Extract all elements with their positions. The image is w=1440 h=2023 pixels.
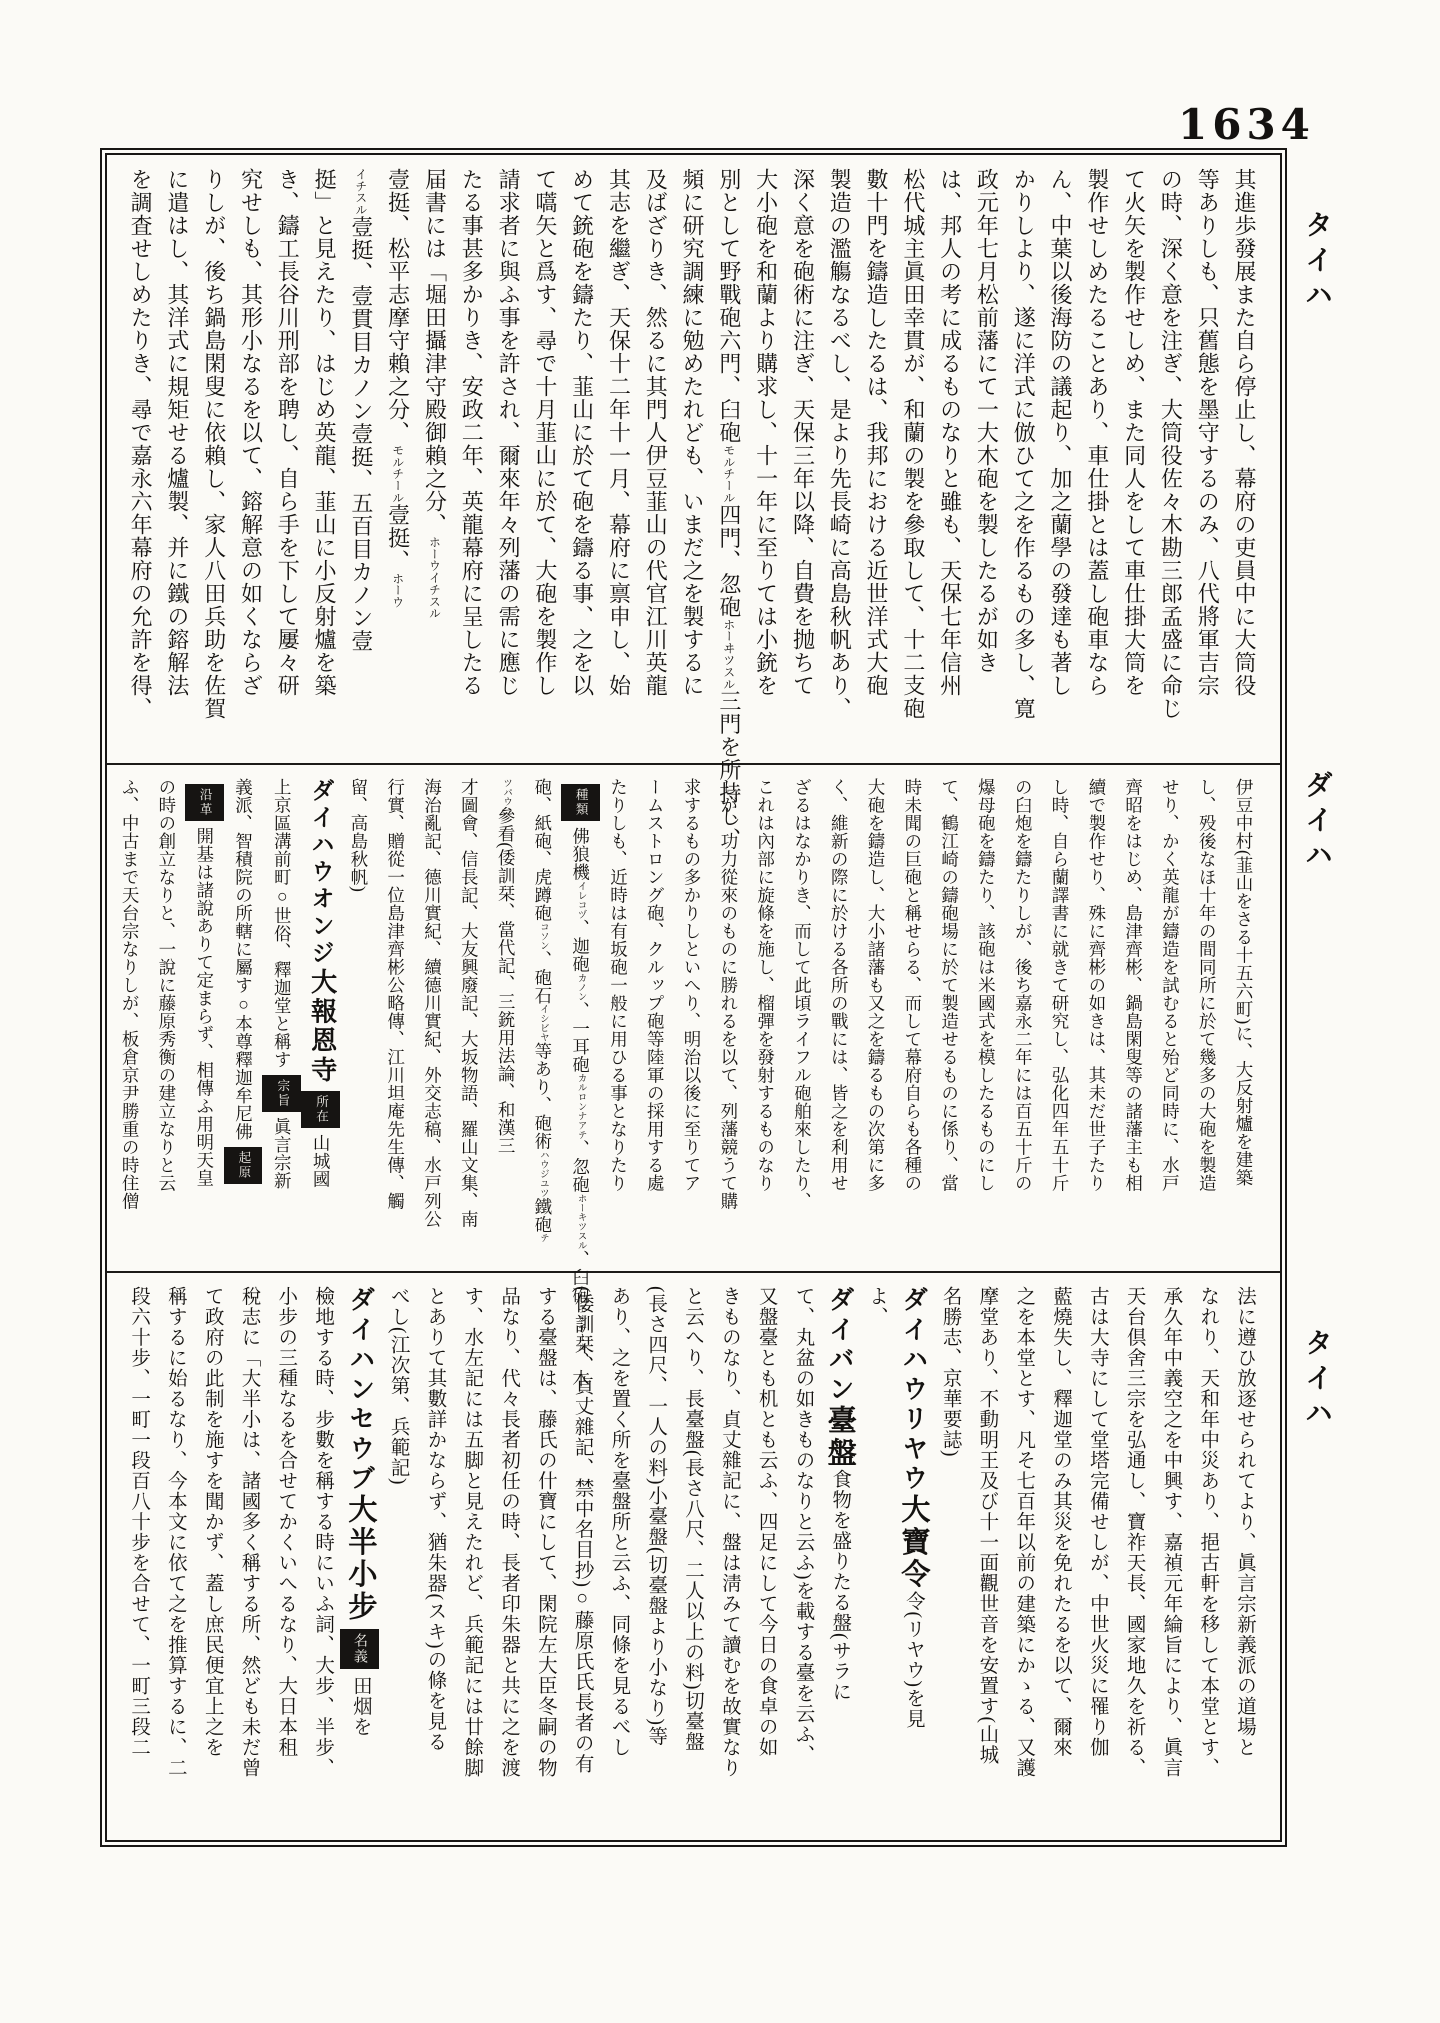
text-run: 其志を繼ぎ、天保十二年十一月、幕府に禀申し、始 xyxy=(606,168,631,697)
column-text: と云へり、長臺盤(長さ八尺、二人以上の料)切臺盤 xyxy=(682,1286,703,1752)
kana-gloss: テ xyxy=(538,1233,548,1242)
text-run: 參看(倭訓栞、當代記、三銃用法論、和漢三 xyxy=(496,806,516,1154)
text-run: ざるはなかりき、而して此頃ライフル砲舶來したり、 xyxy=(792,778,812,1210)
column-text: かりしより、遂に洋式に倣ひて之を作るもの多し、寛 xyxy=(1011,168,1036,720)
column-text: 品なり、代々長者初任の時、長者印朱器と共に之を渡 xyxy=(498,1286,519,1778)
text-run: て火矢を製作せしめ、また同人をして車仕掛大筒を xyxy=(1122,168,1147,697)
text-run: なれり、天和年中災あり、挹古軒を移して本堂とす、 xyxy=(1197,1286,1218,1778)
text-column: て政府の此制を施すを聞かず、蓋し庶民便宜上之を xyxy=(193,1286,230,1840)
kana-gloss: カノン xyxy=(576,973,586,1001)
column-text: き、鑄工長谷川刑部を聘し、自ら手を下して屢々研 xyxy=(275,168,300,697)
column-text: 等ありしも、只舊態を墨守するのみ、八代將軍吉宗 xyxy=(1195,168,1220,697)
text-run: 政元年七月松前藩にて一大木砲を製したるが如き xyxy=(974,168,999,674)
page-number: 1634 xyxy=(1178,100,1315,149)
column-text: 留、高島秋帆) xyxy=(349,778,369,892)
text-column: ふ、中古まで天台宗なりしが、板倉京尹勝重の時住僧 xyxy=(111,778,148,1271)
kana-gloss: ツパウ xyxy=(501,778,511,806)
column-text: 松代城主眞田幸貫が、和蘭の製を參取して、十二支砲 xyxy=(901,168,926,720)
text-run: 砲、紙砲、虎蹲砲 xyxy=(533,778,553,922)
text-column: 等ありしも、只舊態を墨守するのみ、八代將軍吉宗 xyxy=(1188,168,1225,763)
column-text: 壹挺、松平志摩守賴之分、モルチール壹挺、ホーウ xyxy=(386,168,411,608)
text-column: しが、功力從來のものに勝れるを以て、列藩競うて購 xyxy=(710,778,747,1271)
text-column: て、丸盆の如きものなりと云ふ)を載する臺を云ふ、 xyxy=(784,1286,821,1840)
text-run: とありて其數詳かならず、猶朱器(スキ)の條を見る xyxy=(424,1286,445,1752)
text-column: ツパウ參看(倭訓栞、當代記、三銃用法論、和漢三 xyxy=(487,778,524,1271)
column-text: す、水左記には五脚と見えたれど、兵範記には廿餘脚 xyxy=(461,1286,482,1778)
text-column: と云へり、長臺盤(長さ八尺、二人以上の料)切臺盤 xyxy=(673,1286,710,1840)
headword-kanji: 臺盤 xyxy=(823,1405,855,1470)
headword-kana: ダイハウオンジ xyxy=(308,778,334,968)
text-run: し、殁後なほ十年の間同所に於て幾多の大砲を製造 xyxy=(1197,778,1217,1192)
text-run: 行實、贈從一位島津齊彬公略傳、江川坦庵先生傳、觸 xyxy=(386,778,406,1210)
headword-kana: ダイハンセウブ xyxy=(346,1286,375,1494)
text-column: あり、之を置く所を臺盤所と云ふ、同條を見るべし xyxy=(600,1286,637,1840)
column-text: の臼炮を鑄たりしが、後ち嘉永二年には百五十斤の xyxy=(1013,778,1033,1192)
text-column: 稅志に「大半小は、諸國多く稱する所、然ども未だ曾 xyxy=(230,1286,267,1840)
column-text: せり、かく英龍が鑄造を試むると殆ど同時に、水戸 xyxy=(1160,778,1180,1192)
text-column: 才圖會、信長記、大友興廢記、大坂物語、羅山文集、南 xyxy=(450,778,487,1271)
column-text: 大砲を鑄造し、大小諸藩も又之を鑄るもの次第に多 xyxy=(866,778,886,1192)
text-run: しが、功力從來のものに勝れるを以て、列藩競うて購 xyxy=(719,778,739,1210)
column-text: 藍燒失し、釋迦堂のみ其災を免れたるを以て、爾來 xyxy=(1050,1286,1071,1758)
text-column: 小步の三種なるを合せてかくいへるなり、大日本租 xyxy=(266,1286,303,1840)
text-run: 承久年中義空之を中興す、嘉禎元年綸旨により、眞言 xyxy=(1160,1286,1181,1778)
text-run: 、忽砲 xyxy=(571,1140,591,1194)
text-run: 壹挺、 xyxy=(386,503,411,572)
column-text: りしが、後ち鍋島閑叟に依賴し、家人八田兵助を佐賀 xyxy=(202,168,227,720)
text-column: は、邦人の考に成るものなりと雖も、天保七年信州 xyxy=(931,168,968,763)
text-run: を調査せしめたりき、尋で嘉永六年幕府の允許を得、 xyxy=(128,168,153,720)
text-run: て嚆矢と爲す、尋で十月韮山に於て、大砲を製作し xyxy=(533,168,558,697)
text-column: 行實、贈從一位島津齊彬公略傳、江川坦庵先生傳、觸 xyxy=(377,778,414,1271)
text-run: 山城國 xyxy=(311,1134,331,1188)
text-run: 齊昭をはじめ、島津齊彬、鍋島閑叟等の諸藩主も相 xyxy=(1124,778,1144,1192)
column-text: 及ばざりき、然るに其門人伊豆韮山の代官江川英龍 xyxy=(643,168,668,697)
text-column: りしが、後ち鍋島閑叟に依賴し、家人八田兵助を佐賀 xyxy=(195,168,232,763)
text-run: は、邦人の考に成るものなりと雖も、天保七年信州 xyxy=(938,168,963,697)
text-column: これは內部に旋條を施し、榴彈を發射するものなり xyxy=(747,778,784,1271)
column-text: 之を本堂とす、凡そ七百年以前の建築にかゝる、又護 xyxy=(1013,1286,1034,1778)
text-run: 究せしも、其形小なるを以て、鎔解意の如くならざ xyxy=(238,168,263,697)
text-column: 壹挺、松平志摩守賴之分、モルチール壹挺、ホーウ xyxy=(379,168,416,763)
text-run: 段六十步、一町一段百八十步を合せて、一町三段二 xyxy=(128,1286,149,1758)
text-run: 開基は諸說ありて定まらず、相傳ふ用明天皇 xyxy=(195,827,215,1187)
text-run: 深く意を砲術に注ぎ、天保三年以降、自費を抛ちて xyxy=(790,168,815,697)
column-text: 名勝志、京華要誌) xyxy=(940,1286,961,1458)
text-run: く、維新の際に於ける各所の戰には、皆之を利用せ xyxy=(829,778,849,1192)
margin-guide-label-middle: ダイハ xyxy=(1296,770,1336,875)
text-column: 稱するに始るなり、今本文に依て之を推算するに、二 xyxy=(156,1286,193,1840)
column-text: なれり、天和年中災あり、挹古軒を移して本堂とす、 xyxy=(1197,1286,1218,1778)
column-text: 小步の三種なるを合せてかくいへるなり、大日本租 xyxy=(275,1286,296,1758)
column-text: きものなり、貞丈雜記に、盤は淸みて讀むを故實なり xyxy=(719,1286,740,1778)
column-text: 爆母砲を鑄たり、該砲は米國式を模したるものにし xyxy=(976,778,996,1192)
kana-gloss: モルチール xyxy=(391,444,405,503)
column-text: 頻に研究調練に勉めたれども、いまだ之を製するに xyxy=(680,168,705,697)
category-box: 沿革 xyxy=(185,784,224,821)
column-text: 食物を盛りたる盤(サラに xyxy=(829,1469,850,1702)
column-text: する臺盤は、藤氏の什寶にして、閑院左大臣冬嗣の物 xyxy=(535,1286,556,1778)
text-column: 藍燒失し、釋迦堂のみ其災を免れたるを以て、爾來 xyxy=(1041,1286,1078,1840)
column-text: 數十門を鑄造したるは、我邦における近世洋式大砲 xyxy=(864,168,889,697)
text-column: 海治亂記、德川實紀、續德川實紀、外交志稿、水戸列公 xyxy=(414,778,451,1271)
text-column: 檢地する時、步數を稱する時にいふ詞、大步、半步、 xyxy=(303,1286,340,1840)
text-column: 摩堂あり、不動明王及び十一面觀世音を安置す(山城 xyxy=(968,1286,1005,1840)
column-text: し、殁後なほ十年の間同所に於て幾多の大砲を製造 xyxy=(1197,778,1217,1192)
text-run: 爆母砲を鑄たり、該砲は米國式を模したるものにし xyxy=(976,778,996,1192)
text-column: 及ばざりき、然るに其門人伊豆韮山の代官江川英龍 xyxy=(636,168,673,763)
text-run: 鐵砲 xyxy=(533,1197,553,1233)
text-run: て政府の此制を施すを聞かず、蓋し庶民便宜上之を xyxy=(202,1286,223,1758)
column-text: 所在山城國 xyxy=(311,1085,331,1188)
column-text: 沿革開基は諸說ありて定まらず、相傳ふ用明天皇 xyxy=(195,778,215,1187)
column-text: て、鶴江崎の鑄砲場に於て製造せるものに係り、當 xyxy=(940,778,960,1192)
entry-headword-column: ダイハウリヤウ大寶令令(リヤウ)を見 xyxy=(894,1286,931,1840)
text-column: 續で製作せり、殊に齊彬の如きは、其未だ世子たり xyxy=(1078,778,1115,1271)
text-run: りしが、後ち鍋島閑叟に依賴し、家人八田兵助を佐賀 xyxy=(202,168,227,720)
text-run: 才圖會、信長記、大友興廢記、大坂物語、羅山文集、南 xyxy=(459,778,479,1228)
text-column: する臺盤は、藤氏の什寶にして、閑院左大臣冬嗣の物 xyxy=(526,1286,563,1840)
text-column: 求するもの多かりしといへり、明治以後に至りてア xyxy=(673,778,710,1271)
text-column: の時、深く意を注ぎ、大筒役佐々木勘三郎孟盛に命じ xyxy=(1152,168,1189,763)
text-column: て、鶴江崎の鑄砲場に於て製造せるものに係り、當 xyxy=(931,778,968,1271)
text-run: 續で製作せり、殊に齊彬の如きは、其未だ世子たり xyxy=(1087,778,1107,1192)
text-column: 製作せしめたることあり、車仕掛とは蓋し砲車なら xyxy=(1078,168,1115,763)
column-text: ふ、中古まで天台宗なりしが、板倉京尹勝重の時住僧 xyxy=(120,778,140,1210)
text-run: す、水左記には五脚と見えたれど、兵範記には廿餘脚 xyxy=(461,1286,482,1778)
text-run: 眞言宗新 xyxy=(272,1118,292,1190)
text-run: 上京區溝前町○世俗、釋迦堂と稱す xyxy=(272,778,292,1069)
kana-gloss: カルロンナアテ xyxy=(576,1073,586,1139)
text-column: 留、高島秋帆) xyxy=(340,778,377,1271)
column-text: 又盤臺とも机とも云ふ、四足にして今日の食卓の如 xyxy=(756,1286,777,1758)
text-run: の時の創立なりと、一說に藤原秀衡の建立なりと云 xyxy=(157,778,177,1192)
text-run: き、鑄工長谷川刑部を聘し、自ら手を下して屢々研 xyxy=(275,168,300,697)
text-column: 其進歩發展また自ら停止し、幕府の吏員中に大筒役 xyxy=(1225,168,1262,763)
text-run: 留、高島秋帆) xyxy=(349,778,369,892)
kana-gloss: ハウジユツ xyxy=(538,1150,548,1197)
text-run: 海治亂記、德川實紀、續德川實紀、外交志稿、水戸列公 xyxy=(422,778,442,1228)
text-run: 食物を盛りたる盤(サラに xyxy=(829,1469,850,1702)
text-column: 又盤臺とも机とも云ふ、四足にして今日の食卓の如 xyxy=(747,1286,784,1840)
entry-headword-column: ダイハンセウブ大半小步名義田烟を xyxy=(340,1286,379,1840)
column-text: ームストロング砲、クルップ砲等陸軍の採用する處 xyxy=(645,778,665,1192)
text-run: きものなり、貞丈雜記に、盤は淸みて讀むを故實なり xyxy=(719,1286,740,1778)
text-column: 數十門を鑄造したるは、我邦における近世洋式大砲 xyxy=(857,168,894,763)
margin-guide-label-bottom: タイハ xyxy=(1296,1328,1336,1433)
text-run: かりしより、遂に洋式に倣ひて之を作るもの多し、寛 xyxy=(1011,168,1036,720)
text-column: 松代城主眞田幸貫が、和蘭の製を參取して、十二支砲 xyxy=(894,168,931,763)
text-run: 摩堂あり、不動明王及び十一面觀世音を安置す(山城 xyxy=(976,1286,997,1765)
column-text: を調査せしめたりき、尋で嘉永六年幕府の允許を得、 xyxy=(128,168,153,720)
kana-gloss: モルチール xyxy=(722,444,736,503)
text-run: する臺盤は、藤氏の什寶にして、閑院左大臣冬嗣の物 xyxy=(535,1286,556,1778)
text-run: 古は大寺にして堂塔完備せしが、中世火災に罹り伽 xyxy=(1087,1286,1108,1758)
text-run: 及ばざりき、然るに其門人伊豆韮山の代官江川英龍 xyxy=(643,168,668,697)
column-text: 別として野戰砲六門、臼砲モルチール四門、忽砲ホーヰツスル三門を所持し、 xyxy=(717,168,742,851)
column-text: 才圖會、信長記、大友興廢記、大坂物語、羅山文集、南 xyxy=(459,778,479,1228)
column-text: しが、功力從來のものに勝れるを以て、列藩競うて購 xyxy=(719,778,739,1210)
text-column: 時未聞の巨砲と稱せらる、而して幕府自らも各種の xyxy=(894,778,931,1271)
column-text: 製造の濫觴なるべし、是より先長崎に高島秋帆あり、 xyxy=(827,168,852,720)
text-run: 品なり、代々長者初任の時、長者印朱器と共に之を渡 xyxy=(498,1286,519,1778)
text-column: 政元年七月松前藩にて一大木砲を製したるが如き xyxy=(968,168,1005,763)
text-run: せり、かく英龍が鑄造を試むると殆ど同時に、水戸 xyxy=(1160,778,1180,1192)
text-run: (倭訓栞、貞丈雜記、禁中名目抄)○藤原氏氏長者の有 xyxy=(572,1286,593,1774)
column-text: て政府の此制を施すを聞かず、蓋し庶民便宜上之を xyxy=(202,1286,223,1758)
text-column: て火矢を製作せしめ、また同人をして車仕掛大筒を xyxy=(1115,168,1152,763)
text-run: 大砲を鑄造し、大小諸藩も又之を鑄るもの次第に多 xyxy=(866,778,886,1192)
text-run: て、鶴江崎の鑄砲場に於て製造せるものに係り、當 xyxy=(940,778,960,1192)
column-text: 政元年七月松前藩にて一大木砲を製したるが如き xyxy=(974,168,999,674)
text-run: 大小砲を和蘭より購求し、十一年に至りては小銃を xyxy=(754,168,779,697)
text-run: 、迦砲 xyxy=(571,919,591,973)
column-text: 大小砲を和蘭より購求し、十一年に至りては小銃を xyxy=(754,168,779,697)
category-box: 所在 xyxy=(301,1091,340,1128)
column-text: 伊豆中村(韮山をさる十五六町)に、大反射爐を建築 xyxy=(1234,778,1254,1187)
text-run: 藍燒失し、釋迦堂のみ其災を免れたるを以て、爾來 xyxy=(1050,1286,1071,1758)
text-column: (倭訓栞、貞丈雜記、禁中名目抄)○藤原氏氏長者の有 xyxy=(563,1286,600,1840)
text-column: 段六十步、一町一段百八十步を合せて、一町三段二 xyxy=(119,1286,156,1840)
text-column: ん、中葉以後海防の議起り、加之蘭學の發達も著し xyxy=(1041,168,1078,763)
column-text: ざるはなかりき、而して此頃ライフル砲舶來したり、 xyxy=(792,778,812,1210)
text-run: 頻に研究調練に勉めたれども、いまだ之を製するに xyxy=(680,168,705,697)
text-register-bottom: 法に遵ひ放逐せられてより、眞言宗新義派の道場となれり、天和年中災あり、挹古軒を移… xyxy=(107,1273,1280,1840)
text-column: たる事甚多かりき、安政二年、英龍幕府に呈したる xyxy=(452,168,489,763)
column-text: 行實、贈從一位島津齊彬公略傳、江川坦庵先生傳、觸 xyxy=(386,778,406,1210)
column-text: 製作せしめたることあり、車仕掛とは蓋し砲車なら xyxy=(1085,168,1110,697)
column-text: 砲、紙砲、虎蹲砲コソン、砲石イシビヤ等あり、砲術ハウジユツ鐵砲テ xyxy=(533,778,553,1243)
column-text: ツパウ參看(倭訓栞、當代記、三銃用法論、和漢三 xyxy=(496,778,516,1155)
text-column: き、鑄工長谷川刑部を聘し、自ら手を下して屢々研 xyxy=(268,168,305,763)
text-run: 製作せしめたることあり、車仕掛とは蓋し砲車なら xyxy=(1085,168,1110,697)
text-column: 品なり、代々長者初任の時、長者印朱器と共に之を渡 xyxy=(489,1286,526,1840)
text-column: よ、 xyxy=(857,1286,894,1840)
text-run: 、砲石 xyxy=(533,950,553,1004)
text-run: ん、中葉以後海防の議起り、加之蘭學の發達も著し xyxy=(1048,168,1073,697)
category-box: 種類 xyxy=(561,784,600,821)
kana-gloss: ホーヰツスル xyxy=(722,618,736,689)
text-run: たりしも、近時は有坂砲一般に用ひる事となりたり xyxy=(608,778,628,1192)
text-run: 松代城主眞田幸貫が、和蘭の製を參取して、十二支砲 xyxy=(901,168,926,720)
text-run: 田烟を xyxy=(350,1675,371,1737)
text-column: かりしより、遂に洋式に倣ひて之を作るもの多し、寛 xyxy=(1004,168,1041,763)
column-text: めて銃砲を鑄たり、韮山に於て砲を鑄る事、之を以 xyxy=(570,168,595,697)
text-column: 義派、智積院の所轄に屬す○本尊釋迦牟尼佛起原 xyxy=(224,778,263,1271)
text-column: し、殁後なほ十年の間同所に於て幾多の大砲を製造 xyxy=(1188,778,1225,1271)
text-run: 求するもの多かりしといへり、明治以後に至りてア xyxy=(682,778,702,1192)
column-text: 求するもの多かりしといへり、明治以後に至りてア xyxy=(682,778,702,1192)
text-run: 時未聞の巨砲と稱せらる、而して幕府自らも各種の xyxy=(903,778,923,1192)
column-text: 海治亂記、德川實紀、續德川實紀、外交志稿、水戸列公 xyxy=(422,778,442,1228)
text-column: 届書には「堀田攝津守殿御賴之分、ホーウイチスル xyxy=(416,168,453,763)
column-text: 法に遵ひ放逐せられてより、眞言宗新義派の道場と xyxy=(1234,1286,1255,1758)
column-text: 古は大寺にして堂塔完備せしが、中世火災に罹り伽 xyxy=(1087,1286,1108,1758)
text-run: 等あり、砲術 xyxy=(533,1042,553,1150)
text-run: (長さ四尺、一人の料)小臺盤(切臺盤より小なり)等 xyxy=(645,1286,666,1746)
text-column: 之を本堂とす、凡そ七百年以前の建築にかゝる、又護 xyxy=(1004,1286,1041,1840)
text-column: 頻に研究調練に勉めたれども、いまだ之を製するに xyxy=(673,168,710,763)
column-text: は、邦人の考に成るものなりと雖も、天保七年信州 xyxy=(938,168,963,697)
kana-gloss: ホーウイチスル xyxy=(427,536,441,619)
column-text: 名義田烟を xyxy=(350,1623,371,1737)
text-column: の時の創立なりと、一說に藤原秀衡の建立なりと云 xyxy=(148,778,185,1271)
column-text: し時、自ら蘭譯書に就きて研究し、弘化四年五十斤 xyxy=(1050,778,1070,1192)
text-run: 挺」と見えたり、はじめ英龍、韮山に小反射爐を築 xyxy=(312,168,337,697)
column-text: よ、 xyxy=(866,1286,887,1327)
text-column: 深く意を砲術に注ぎ、天保三年以降、自費を抛ちて xyxy=(784,168,821,763)
text-run: と云へり、長臺盤(長さ八尺、二人以上の料)切臺盤 xyxy=(682,1286,703,1752)
column-text: の時、深く意を注ぎ、大筒役佐々木勘三郎孟盛に命じ xyxy=(1158,168,1183,720)
text-column: ざるはなかりき、而して此頃ライフル砲舶來したり、 xyxy=(784,778,821,1271)
text-column: 上京區溝前町○世俗、釋迦堂と稱す宗旨眞言宗新 xyxy=(262,778,301,1271)
kana-gloss: イレコヅ xyxy=(576,881,586,919)
column-text: 究せしも、其形小なるを以て、鎔解意の如くならざ xyxy=(238,168,263,697)
column-text: 義派、智積院の所轄に屬す○本尊釋迦牟尼佛起原 xyxy=(233,778,253,1190)
text-run: 佛狼機 xyxy=(571,827,591,881)
text-run: これは內部に旋條を施し、榴彈を發射するものなり xyxy=(756,778,776,1192)
text-run: 壹挺、松平志摩守賴之分、 xyxy=(386,168,411,444)
text-column: めて銃砲を鑄たり、韮山に於て砲を鑄る事、之を以 xyxy=(563,168,600,763)
column-text: (倭訓栞、貞丈雜記、禁中名目抄)○藤原氏氏長者の有 xyxy=(572,1286,593,1774)
text-run: 別として野戰砲六門、臼砲 xyxy=(717,168,742,444)
text-run: あり、之を置く所を臺盤所と云ふ、同條を見るべし xyxy=(608,1286,629,1758)
text-column: とありて其數詳かならず、猶朱器(スキ)の條を見る xyxy=(416,1286,453,1840)
text-run: 、一耳砲 xyxy=(571,1001,591,1073)
column-text: 稅志に「大半小は、諸國多く稱する所、然ども未だ曾 xyxy=(238,1286,259,1778)
text-column: 法に遵ひ放逐せられてより、眞言宗新義派の道場と xyxy=(1225,1286,1262,1840)
text-run: 數十門を鑄造したるは、我邦における近世洋式大砲 xyxy=(864,168,889,697)
category-box: 名義 xyxy=(340,1629,379,1669)
text-run: 小步の三種なるを合せてかくいへるなり、大日本租 xyxy=(275,1286,296,1758)
text-column: 挺」と見えたり、はじめ英龍、韮山に小反射爐を築 xyxy=(305,168,342,763)
text-column: 別として野戰砲六門、臼砲モルチール四門、忽砲ホーヰツスル三門を所持し、 xyxy=(710,168,747,763)
text-run: 製造の濫觴なるべし、是より先長崎に高島秋帆あり、 xyxy=(827,168,852,720)
text-column: に遣はし、其洋式に規矩せる爐製、并に鐵の鎔解法 xyxy=(158,168,195,763)
column-text: あり、之を置く所を臺盤所と云ふ、同條を見るべし xyxy=(608,1286,629,1758)
text-run: 名勝志、京華要誌) xyxy=(940,1286,961,1458)
text-column: 名勝志、京華要誌) xyxy=(931,1286,968,1840)
text-column: 大砲を鑄造し、大小諸藩も又之を鑄るもの次第に多 xyxy=(857,778,894,1271)
kana-gloss: コソン xyxy=(538,922,548,950)
entry-headword-column: ダイバン臺盤食物を盛りたる盤(サラに xyxy=(820,1286,857,1840)
text-run: 又盤臺とも机とも云ふ、四足にして今日の食卓の如 xyxy=(756,1286,777,1758)
text-run: 壹挺、壹貫目カノン壹挺、五百目カノン壹 xyxy=(349,216,374,653)
text-column: きものなり、貞丈雜記に、盤は淸みて讀むを故實なり xyxy=(710,1286,747,1840)
text-column: (長さ四尺、一人の料)小臺盤(切臺盤より小なり)等 xyxy=(636,1286,673,1840)
column-text: 其志を繼ぎ、天保十二年十一月、幕府に禀申し、始 xyxy=(606,168,631,697)
column-text: これは內部に旋條を施し、榴彈を發射するものなり xyxy=(756,778,776,1192)
text-column: 請求者に與ふ事を許され、爾來年々列藩の需に應じ xyxy=(489,168,526,763)
text-run: 其進歩發展また自ら停止し、幕府の吏員中に大筒役 xyxy=(1232,168,1257,697)
headword-kana: ダイバン xyxy=(825,1286,854,1405)
kana-gloss: ホーウ xyxy=(391,572,405,608)
text-run: たる事甚多かりき、安政二年、英龍幕府に呈したる xyxy=(459,168,484,697)
column-text: 齊昭をはじめ、島津齊彬、鍋島閑叟等の諸藩主も相 xyxy=(1124,778,1144,1192)
text-column: せり、かく英龍が鑄造を試むると殆ど同時に、水戸 xyxy=(1152,778,1189,1271)
column-text: て火矢を製作せしめ、また同人をして車仕掛大筒を xyxy=(1122,168,1147,697)
text-run: ふ、中古まで天台宗なりしが、板倉京尹勝重の時住僧 xyxy=(120,778,140,1210)
text-run: 之を本堂とす、凡そ七百年以前の建築にかゝる、又護 xyxy=(1013,1286,1034,1778)
text-column: 承久年中義空之を中興す、嘉禎元年綸旨により、眞言 xyxy=(1152,1286,1189,1840)
text-column: 究せしも、其形小なるを以て、鎔解意の如くならざ xyxy=(232,168,269,763)
column-text: 請求者に與ふ事を許され、爾來年々列藩の需に應じ xyxy=(496,168,521,697)
column-text: (長さ四尺、一人の料)小臺盤(切臺盤より小なり)等 xyxy=(645,1286,666,1746)
text-column: 伊豆中村(韮山をさる十五六町)に、大反射爐を建築 xyxy=(1225,778,1262,1271)
column-text: 摩堂あり、不動明王及び十一面觀世音を安置す(山城 xyxy=(976,1286,997,1765)
column-text: 深く意を砲術に注ぎ、天保三年以降、自費を抛ちて xyxy=(790,168,815,697)
text-column: たりしも、近時は有坂砲一般に用ひる事となりたり xyxy=(600,778,637,1271)
text-run: 伊豆中村(韮山をさる十五六町)に、大反射爐を建築 xyxy=(1234,778,1254,1187)
text-column: て嚆矢と爲す、尋で十月韮山に於て、大砲を製作し xyxy=(526,168,563,763)
text-column: なれり、天和年中災あり、挹古軒を移して本堂とす、 xyxy=(1188,1286,1225,1840)
column-text: て嚆矢と爲す、尋で十月韮山に於て、大砲を製作し xyxy=(533,168,558,697)
text-column: 齊昭をはじめ、島津齊彬、鍋島閑叟等の諸藩主も相 xyxy=(1115,778,1152,1271)
column-text: 挺」と見えたり、はじめ英龍、韮山に小反射爐を築 xyxy=(312,168,337,697)
text-column: す、水左記には五脚と見えたれど、兵範記には廿餘脚 xyxy=(452,1286,489,1840)
text-run: べし(江次第、兵範記) xyxy=(388,1286,409,1486)
text-run: 天台倶舍三宗を弘通し、寶祚天長、國家地久を祈る、 xyxy=(1124,1286,1145,1778)
column-text: 檢地する時、步數を稱する時にいふ詞、大步、半步、 xyxy=(312,1286,333,1778)
kana-gloss: イシビヤ xyxy=(538,1004,548,1042)
text-column: べし(江次第、兵範記) xyxy=(379,1286,416,1840)
margin-guide-label-top: タイハ xyxy=(1296,210,1336,315)
text-register-middle: 伊豆中村(韮山をさる十五六町)に、大反射爐を建築し、殁後なほ十年の間同所に於て幾… xyxy=(107,765,1280,1273)
column-text: に遣はし、其洋式に規矩せる爐製、并に鐵の鎔解法 xyxy=(165,168,190,697)
text-column: く、維新の際に於ける各所の戰には、皆之を利用せ xyxy=(820,778,857,1271)
column-text: 上京區溝前町○世俗、釋迦堂と稱す宗旨眞言宗新 xyxy=(272,778,292,1190)
column-text: 天台倶舍三宗を弘通し、寶祚天長、國家地久を祈る、 xyxy=(1124,1286,1145,1778)
column-text: べし(江次第、兵範記) xyxy=(388,1286,409,1486)
text-column: 砲、紙砲、虎蹲砲コソン、砲石イシビヤ等あり、砲術ハウジユツ鐵砲テ xyxy=(524,778,561,1271)
text-run: 請求者に與ふ事を許され、爾來年々列藩の需に應じ xyxy=(496,168,521,697)
text-column: 種類佛狼機イレコヅ、迦砲カノン、一耳砲カルロンナアテ、忽砲ホーキツスル、臼砲モル… xyxy=(561,778,600,1271)
text-run: し時、自ら蘭譯書に就きて研究し、弘化四年五十斤 xyxy=(1050,778,1070,1192)
text-run: めて銃砲を鑄たり、韮山に於て砲を鑄る事、之を以 xyxy=(570,168,595,697)
text-column: 其志を繼ぎ、天保十二年十一月、幕府に禀申し、始 xyxy=(600,168,637,763)
column-text: 稱するに始るなり、今本文に依て之を推算するに、二 xyxy=(165,1286,186,1778)
entry-headword-column: ダイハウオンジ大報恩寺所在山城國 xyxy=(301,778,340,1271)
headword-kanji: 大報恩寺 xyxy=(307,968,336,1085)
text-column: イチスル壹挺、壹貫目カノン壹挺、五百目カノン壹 xyxy=(342,168,379,763)
kana-gloss: イチスル xyxy=(354,168,368,216)
text-column: の臼炮を鑄たりしが、後ち嘉永二年には百五十斤の xyxy=(1004,778,1041,1271)
text-run: 義派、智積院の所轄に屬す○本尊釋迦牟尼佛 xyxy=(233,778,253,1141)
text-run: の時、深く意を注ぎ、大筒役佐々木勘三郎孟盛に命じ xyxy=(1158,168,1183,720)
text-run: 四門、忽砲 xyxy=(717,503,742,618)
column-text: 承久年中義空之を中興す、嘉禎元年綸旨により、眞言 xyxy=(1160,1286,1181,1778)
text-run: 届書には「堀田攝津守殿御賴之分、 xyxy=(422,168,447,536)
text-run: よ、 xyxy=(866,1286,887,1327)
column-text: て、丸盆の如きものなりと云ふ)を載する臺を云ふ、 xyxy=(792,1286,813,1765)
headword-kana: ダイハウリヤウ xyxy=(899,1286,928,1494)
text-run: 檢地する時、步數を稱する時にいふ詞、大步、半步、 xyxy=(312,1286,333,1778)
column-text: 届書には「堀田攝津守殿御賴之分、ホーウイチスル xyxy=(422,168,447,619)
column-text: 其進歩發展また自ら停止し、幕府の吏員中に大筒役 xyxy=(1232,168,1257,697)
text-run: に遣はし、其洋式に規矩せる爐製、并に鐵の鎔解法 xyxy=(165,168,190,697)
column-text: たる事甚多かりき、安政二年、英龍幕府に呈したる xyxy=(459,168,484,697)
column-text: 令(リヤウ)を見 xyxy=(903,1591,924,1729)
text-run: 令(リヤウ)を見 xyxy=(903,1591,924,1729)
headword-kanji: 大寶令 xyxy=(897,1494,929,1591)
category-box: 宗旨 xyxy=(262,1075,301,1112)
text-column: し時、自ら蘭譯書に就きて研究し、弘化四年五十斤 xyxy=(1041,778,1078,1271)
column-text: く、維新の際に於ける各所の戰には、皆之を利用せ xyxy=(829,778,849,1192)
text-column: 製造の濫觴なるべし、是より先長崎に高島秋帆あり、 xyxy=(820,168,857,763)
text-column: 爆母砲を鑄たり、該砲は米國式を模したるものにし xyxy=(968,778,1005,1271)
headword-kanji: 大半小步 xyxy=(344,1494,376,1623)
text-column: 大小砲を和蘭より購求し、十一年に至りては小銃を xyxy=(747,168,784,763)
